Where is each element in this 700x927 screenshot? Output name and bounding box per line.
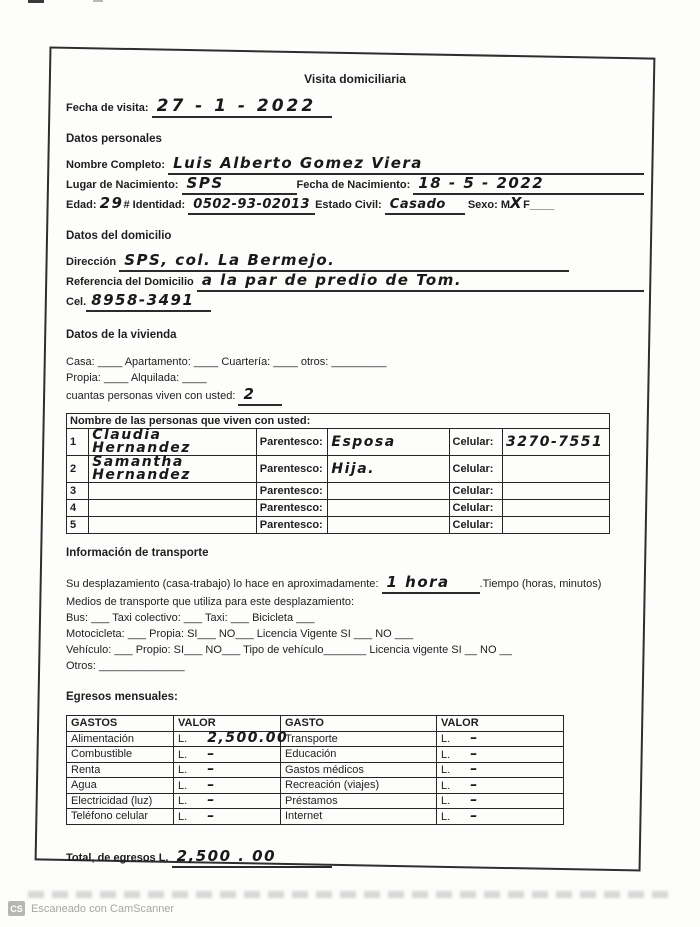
section-egresos: Egresos mensuales: <box>66 691 644 703</box>
section-datos-personales: Datos personales <box>66 133 644 145</box>
referencia-value: a la par de predio de Tom. <box>202 271 462 289</box>
nombre-value: Luis Alberto Gomez Viera <box>173 154 423 172</box>
valor-value: – <box>470 763 479 775</box>
valor-value: – <box>207 779 216 791</box>
currency-label: L. <box>441 733 450 745</box>
vehiculo-line: Vehículo: ___ Propio: SI___ NO___ Tipo d… <box>66 643 644 658</box>
persona-nombre-cell <box>89 517 257 534</box>
valor-cell: L.– <box>437 731 564 747</box>
currency-label: L. <box>441 749 450 761</box>
fecha-visita-line: 27 - 1 - 2022 <box>152 99 332 118</box>
valor-cell: L.– <box>174 778 281 794</box>
persona-row: 2 Samantha Hernandez Parentesco: Hija. C… <box>67 456 610 483</box>
estado-civil-value: Casado <box>390 197 446 212</box>
persona-nombre-cell <box>89 500 257 517</box>
section-datos-vivienda: Datos de la vivienda <box>66 329 644 341</box>
camscanner-text: Escaneado con CamScanner <box>31 903 174 915</box>
lugar-label: Lugar de Nacimiento: <box>66 178 178 193</box>
cel-label: Cel. <box>66 295 86 310</box>
persona-celular: 3270-7551 <box>506 434 603 450</box>
persona-num: 5 <box>67 517 89 534</box>
celular-label: Celular: <box>449 456 502 483</box>
persona-num: 1 <box>67 429 89 456</box>
identidad-value: 0502-93-02013 <box>193 197 310 212</box>
identidad-line: 0502-93-02013 <box>188 197 315 215</box>
referencia-label: Referencia del Domicilio <box>66 275 194 290</box>
cuantas-label: cuantas personas viven con usted: <box>66 389 235 404</box>
egresos-header: GASTOS <box>67 716 174 732</box>
egreso-row: Agua L.– Recreación (viajes) L.– <box>67 778 564 794</box>
gasto-label: Electricidad (luz) <box>67 793 174 809</box>
fecha-nac-line: 18 - 5 - 2022 <box>413 176 644 195</box>
total-label: Total, de egresos L. <box>66 851 169 866</box>
section-datos-domicilio: Datos del domicilio <box>66 230 644 242</box>
egreso-row: Renta L.– Gastos médicos L.– <box>67 762 564 778</box>
valor-value: – <box>470 748 479 760</box>
egresos-header: GASTO <box>281 716 437 732</box>
persona-nombre-cell: Samantha Hernandez <box>89 456 257 483</box>
cuantas-value: 2 <box>243 385 255 403</box>
celular-label: Celular: <box>449 500 502 517</box>
egresos-header-row: GASTOS VALOR GASTO VALOR <box>67 716 564 732</box>
desplazamiento-suffix: .Tiempo (horas, minutos) <box>480 577 602 592</box>
casa-line: Casa: ____ Apartamento: ____ Cuartería: … <box>66 355 644 370</box>
gasto-label: Alimentación <box>67 731 174 747</box>
estado-civil-label: Estado Civil: <box>315 198 382 213</box>
valor-value: – <box>470 794 479 806</box>
lugar-line: SPS <box>182 176 297 195</box>
persona-row: 4 Parentesco: Celular: <box>67 500 610 517</box>
personas-table: Nombre de las personas que viven con ust… <box>66 413 610 534</box>
direccion-line: SPS, col. La Bermejo. <box>119 253 569 272</box>
valor-cell: L.– <box>174 762 281 778</box>
currency-label: L. <box>178 764 187 776</box>
valor-cell: L.– <box>174 809 281 825</box>
celular-row: Cel. 8958-3491 <box>66 293 644 312</box>
egresos-header: VALOR <box>174 716 281 732</box>
sexo-label: Sexo: M <box>468 198 510 213</box>
persona-parentesco-cell <box>328 500 449 517</box>
lugar-value: SPS <box>187 174 224 192</box>
persona-celular-cell <box>502 483 609 500</box>
nombre-row: Nombre Completo: Luis Alberto Gomez Vier… <box>66 156 644 175</box>
cel-value: 8958-3491 <box>91 291 194 309</box>
valor-value: 2,500.00 <box>207 732 288 744</box>
persona-celular-cell <box>502 500 609 517</box>
cel-line: 8958-3491 <box>86 293 211 312</box>
persona-num: 4 <box>67 500 89 517</box>
camscanner-icon: CS <box>8 901 25 916</box>
direccion-label: Dirección <box>66 255 116 270</box>
fecha-nac-value: 18 - 5 - 2022 <box>418 174 544 192</box>
egresos-header: VALOR <box>437 716 564 732</box>
gasto-label: Agua <box>67 778 174 794</box>
celular-label: Celular: <box>449 517 502 534</box>
nombre-label: Nombre Completo: <box>66 158 165 173</box>
cuantas-row: cuantas personas viven con usted: 2 <box>66 387 644 406</box>
medios-line: Medios de transporte que utiliza para es… <box>66 595 644 610</box>
estado-civil-line: Casado <box>385 197 465 215</box>
persona-row: 3 Parentesco: Celular: <box>67 483 610 500</box>
persona-row: 1 Claudia Hernandez Parentesco: Esposa C… <box>67 429 610 456</box>
identidad-label: # Identidad: <box>124 198 186 213</box>
gasto-label: Internet <box>281 809 437 825</box>
fecha-nac-label: Fecha de Nacimiento: <box>297 178 411 193</box>
section-transporte: Información de transporte <box>66 547 644 559</box>
edad-label: Edad: <box>66 198 97 213</box>
referencia-line: a la par de predio de Tom. <box>197 273 644 292</box>
desplazamiento-row: Su desplazamiento (casa-trabajo) lo hace… <box>66 575 644 594</box>
valor-cell: L.2,500.00 <box>174 731 281 747</box>
propia-line: Propia: ____ Alquilada: ____ <box>66 371 644 386</box>
sexo-x-value: X <box>510 196 523 211</box>
total-line: 2,500 . 00 <box>172 849 332 868</box>
egreso-row: Electricidad (luz) L.– Préstamos L.– <box>67 793 564 809</box>
cuantas-line: 2 <box>238 387 282 406</box>
valor-cell: L.– <box>437 762 564 778</box>
desplazamiento-label: Su desplazamiento (casa-trabajo) lo hace… <box>66 577 378 592</box>
valor-value: – <box>207 794 216 806</box>
currency-label: L. <box>441 780 450 792</box>
parentesco-label: Parentesco: <box>256 456 328 483</box>
sexo-blank: ____ <box>530 198 554 213</box>
persona-nombre-cell <box>89 483 257 500</box>
gasto-label: Gastos médicos <box>281 762 437 778</box>
valor-cell: L.– <box>437 793 564 809</box>
celular-label: Celular: <box>449 483 502 500</box>
direccion-row: Dirección SPS, col. La Bermejo. <box>66 253 644 272</box>
valor-cell: L.– <box>437 809 564 825</box>
motocicleta-line: Motocicleta: ___ Propia: SI___ NO___ Lic… <box>66 627 644 642</box>
persona-row: 5 Parentesco: Celular: <box>67 517 610 534</box>
total-egresos-row: Total, de egresos L. 2,500 . 00 <box>66 849 644 868</box>
desplazamiento-value: 1 hora <box>387 573 450 591</box>
persona-nombre: Samantha Hernandez <box>92 454 191 483</box>
persona-nombre-cell: Claudia Hernandez <box>89 429 257 456</box>
parentesco-label: Parentesco: <box>256 517 328 534</box>
persona-parentesco-cell: Esposa <box>328 429 449 456</box>
currency-label: L. <box>441 795 450 807</box>
valor-value: – <box>470 779 479 791</box>
persona-parentesco: Hija. <box>331 461 375 477</box>
gasto-label: Renta <box>67 762 174 778</box>
valor-value: – <box>470 732 479 744</box>
direccion-value: SPS, col. La Bermejo. <box>124 251 335 269</box>
gasto-label: Transporte <box>281 731 437 747</box>
parentesco-label: Parentesco: <box>256 429 328 456</box>
referencia-row: Referencia del Domicilio a la par de pre… <box>66 273 644 292</box>
persona-num: 2 <box>67 456 89 483</box>
valor-cell: L.– <box>174 793 281 809</box>
scan-blur-artifact <box>28 891 668 898</box>
parentesco-label: Parentesco: <box>256 500 328 517</box>
valor-cell: L.– <box>437 778 564 794</box>
persona-nombre: Claudia Hernandez <box>92 427 191 456</box>
egresos-table: GASTOS VALOR GASTO VALOR Alimentación L.… <box>66 715 564 825</box>
persona-parentesco-cell <box>328 483 449 500</box>
persona-celular-cell <box>502 456 609 483</box>
egreso-row: Teléfono celular L.– Internet L.– <box>67 809 564 825</box>
scan-artifact-mark <box>28 0 44 3</box>
egreso-row: Alimentación L.2,500.00 Transporte L.– <box>67 731 564 747</box>
valor-cell: L.– <box>174 747 281 763</box>
egreso-row: Combustible L.– Educación L.– <box>67 747 564 763</box>
persona-parentesco: Esposa <box>331 434 395 450</box>
desplazamiento-line: 1 hora <box>382 575 480 594</box>
persona-num: 3 <box>67 483 89 500</box>
sexo-f-label: F <box>523 198 530 213</box>
nombre-line: Luis Alberto Gomez Viera <box>168 156 644 175</box>
edad-value: 29 <box>100 196 124 211</box>
currency-label: L. <box>178 811 187 823</box>
persona-parentesco-cell <box>328 517 449 534</box>
gasto-label: Educación <box>281 747 437 763</box>
gasto-label: Recreación (viajes) <box>281 778 437 794</box>
gasto-label: Combustible <box>67 747 174 763</box>
currency-label: L. <box>178 780 187 792</box>
persona-parentesco-cell: Hija. <box>328 456 449 483</box>
valor-value: – <box>207 810 216 822</box>
fecha-visita-row: Fecha de visita: 27 - 1 - 2022 <box>66 99 644 118</box>
valor-value: – <box>207 763 216 775</box>
currency-label: L. <box>178 749 187 761</box>
total-value: 2,500 . 00 <box>177 847 276 865</box>
currency-label: L. <box>441 811 450 823</box>
fecha-visita-value: 27 - 1 - 2022 <box>157 96 317 116</box>
currency-label: L. <box>178 733 187 745</box>
currency-label: L. <box>178 795 187 807</box>
gasto-label: Préstamos <box>281 793 437 809</box>
parentesco-label: Parentesco: <box>256 483 328 500</box>
otros-line: Otros: ______________ <box>66 659 644 674</box>
bus-line: Bus: ___ Taxi colectivo: ___ Taxi: ___ B… <box>66 611 644 626</box>
lugar-nacimiento-row: Lugar de Nacimiento: SPS Fecha de Nacimi… <box>66 176 644 195</box>
form-content: Visita domiciliaria Fecha de visita: 27 … <box>66 62 644 868</box>
persona-celular-cell: 3270-7551 <box>502 429 609 456</box>
form-title: Visita domiciliaria <box>66 72 644 86</box>
edad-identidad-row: Edad: 29 # Identidad: 0502-93-02013 Esta… <box>66 196 644 215</box>
fecha-visita-label: Fecha de visita: <box>66 101 149 116</box>
valor-value: – <box>470 810 479 822</box>
valor-value: – <box>207 748 216 760</box>
celular-label: Celular: <box>449 429 502 456</box>
scanned-form-page: Visita domiciliaria Fecha de visita: 27 … <box>0 0 700 927</box>
camscanner-footer: CS Escaneado con CamScanner <box>8 901 174 916</box>
persona-celular-cell <box>502 517 609 534</box>
valor-cell: L.– <box>437 747 564 763</box>
scan-artifact-mark <box>93 0 103 2</box>
currency-label: L. <box>441 764 450 776</box>
gasto-label: Teléfono celular <box>67 809 174 825</box>
